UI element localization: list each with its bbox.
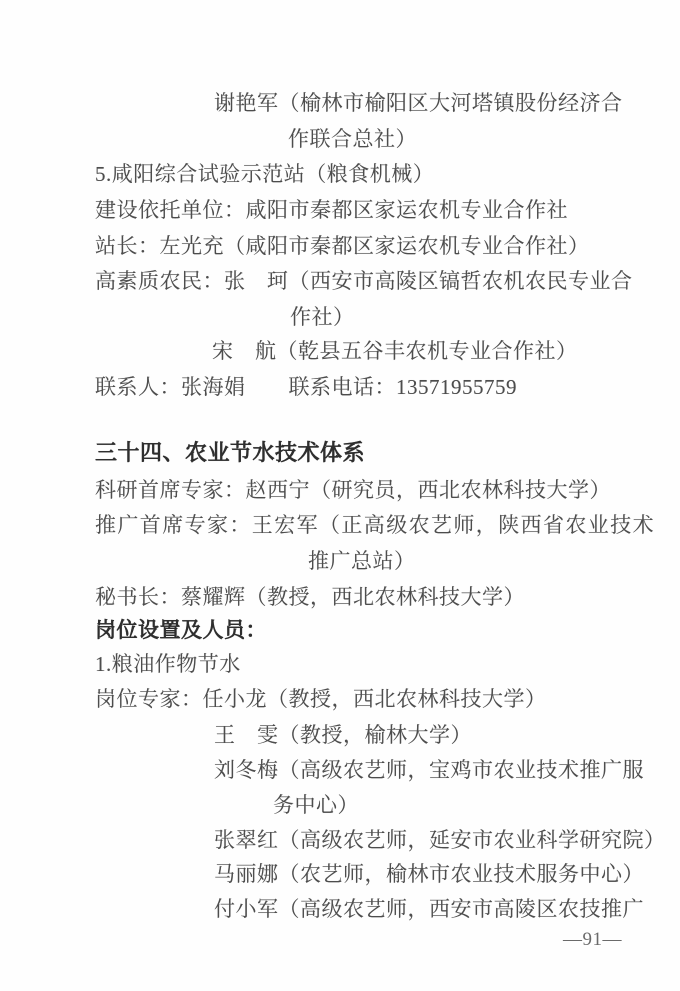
post1-expert-line-3: 刘冬梅（高级农艺师，宝鸡市农业技术推广服 <box>214 757 644 783</box>
positions-heading: 岗位设置及人员： <box>95 617 267 643</box>
secretary-line: 秘书长：蔡耀辉（教授，西北农林科技大学） <box>95 584 525 610</box>
post1-expert-line-2: 王 雯（教授，榆林大学） <box>214 722 472 748</box>
extension-chief-line-1: 推广首席专家：王宏军（正高级农艺师，陕西省农业技术 <box>95 512 655 538</box>
construction-unit-line: 建设依托单位：咸阳市秦都区家运农机专业合作社 <box>95 197 568 223</box>
post1-expert-line-7: 付小军（高级农艺师，西安市高陵区农技推广 <box>214 896 644 922</box>
farmer-line-3: 宋 航（乾县五谷丰农机专业合作社） <box>212 338 578 364</box>
post1-title: 1.粮油作物节水 <box>95 651 241 677</box>
post1-expert-line-6: 马丽娜（农艺师，榆林市农业技术服务中心） <box>214 861 644 887</box>
research-chief-line: 科研首席专家：赵西宁（研究员，西北农林科技大学） <box>95 477 611 503</box>
carryover-member-line-2: 作联合总社） <box>288 126 417 152</box>
farmer-line-1: 高素质农民：张 珂（西安市高陵区镐哲农机农民专业合 <box>95 268 633 294</box>
contact-line: 联系人：张海娟 联系电话：13571955759 <box>95 374 517 400</box>
section-heading: 三十四、农业节水技术体系 <box>95 440 365 466</box>
scanned-document-page: 谢艳军（榆林市榆阳区大河塔镇股份经济合 作联合总社） 5.咸阳综合试验示范站（粮… <box>0 0 680 991</box>
farmer-line-2: 作社） <box>290 304 355 330</box>
page-number: —91— <box>563 929 622 951</box>
post1-expert-line-1: 岗位专家：任小龙（教授，西北农林科技大学） <box>95 686 547 712</box>
post1-expert-line-4: 务中心） <box>273 792 359 818</box>
carryover-member-line-1: 谢艳军（榆林市榆阳区大河塔镇股份经济合 <box>214 90 623 116</box>
station-chief-line: 站长：左光充（咸阳市秦都区家运农机专业合作社） <box>95 233 590 259</box>
extension-chief-line-2: 推广总站） <box>308 548 416 574</box>
station-title: 5.咸阳综合试验示范站（粮食机械） <box>95 161 434 187</box>
post1-expert-line-5: 张翠红（高级农艺师，延安市农业科学研究院） <box>214 827 666 853</box>
